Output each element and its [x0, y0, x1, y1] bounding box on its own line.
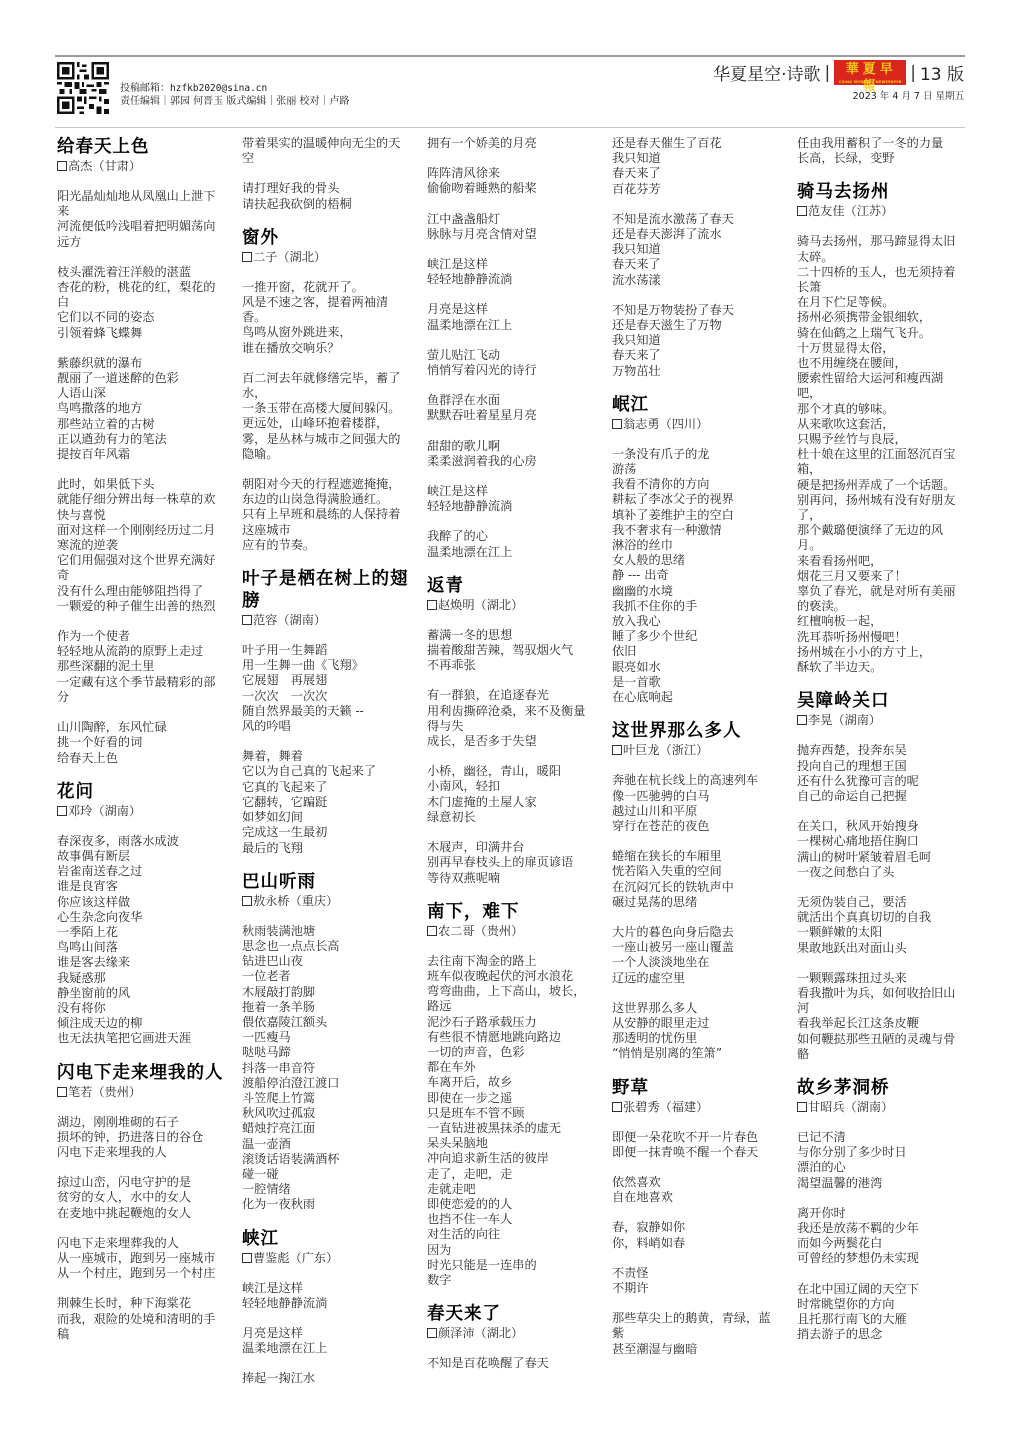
poem-line: 温一壶酒	[242, 1137, 410, 1152]
poem-line: 数字	[427, 1273, 595, 1288]
stanza: 舞着，舞着它以为自己真的飞起来了它真的飞起来了它翻转，它蹁跹如梦如幻间完成这一生…	[242, 749, 410, 855]
poem-line: 依旧	[612, 644, 780, 659]
poem-line: 春，寂静如你	[612, 1220, 780, 1235]
poem-title: 花问	[57, 781, 225, 803]
poem-line: 不知是百花唤醒了春天	[427, 1356, 595, 1371]
poem-line: 是一首歌	[612, 675, 780, 690]
poem-line: 抛弃西楚，投奔东吴	[797, 743, 965, 758]
submission-line: 投稿邮箱：hzfkb2020@sina.cn	[120, 82, 350, 95]
author-box-icon	[242, 1253, 252, 1263]
poem-line: 在心底响起	[612, 690, 780, 705]
poem-title: 叶子是栖在树上的翅膀	[242, 568, 410, 612]
poem-line: 别再早春枝头上的扉页谚语	[427, 855, 595, 870]
poem-line: 骑马去扬州，那马蹄显得太旧太碎。	[797, 234, 965, 264]
poem: 峡江曹鉴彪（广东）峡江是这样轻轻地静静流淌月亮是这样温柔地漂在江上捧起一掬江水	[242, 1228, 410, 1387]
poem-continuation: 还是春天催生了百花我只知道春天来了百花芬芳不知是流水激荡了春天还是春天澎湃了流水…	[612, 136, 780, 379]
poem-line: 辜负了春光，就是对所有美丽的亵渎。	[797, 584, 965, 614]
poem-line: 渴望温馨的港湾	[797, 1176, 965, 1191]
poem-title: 给春天上色	[57, 136, 225, 158]
poem-line: 自在地喜欢	[612, 1190, 780, 1205]
poem-line: 有一群狼，在追逐春光	[427, 688, 595, 703]
poem: 花问邓玲（湖南）春深夜多，雨落水成波故事偶有断层岩雀南送春之过谁是良宵客你应该这…	[57, 781, 225, 1047]
poem-line: 大片的暮色向身后隐去	[612, 925, 780, 940]
poem-line: 眼亮如水	[612, 660, 780, 675]
poem-line: 一季陌上花	[57, 925, 225, 940]
poem-line: 捎去游子的思念	[797, 1327, 965, 1342]
poem-author: 敖永桥（重庆）	[242, 893, 410, 909]
poem-line: 木屐敲打韵脚	[242, 985, 410, 1000]
poem-line: 就活出个真真切切的自我	[797, 910, 965, 925]
author-box-icon	[427, 600, 437, 610]
poem-line: 烟花三月又要来了！	[797, 569, 965, 584]
poem-author: 叶巨龙（浙江）	[612, 742, 780, 758]
poem-author: 笔若（贵州）	[57, 1084, 225, 1100]
poem-line: 阵阵清风徐来	[427, 166, 595, 181]
poem-line: 木屐声，印满井台	[427, 840, 595, 855]
stanza: 抛弃西楚，投奔东吴投向自己的理想王国还有什么犹豫可言的呢自己的命运自己把握	[797, 743, 965, 804]
poem-title: 峡江	[242, 1228, 410, 1250]
poem-line: 有些很不情愿地跳向路边	[427, 1030, 595, 1045]
poem-line: 随自然界最美的天籁 --	[242, 704, 410, 719]
poem-line: 那个才真的够味。	[797, 402, 965, 417]
poem-line: 不知是万物装扮了春天	[612, 303, 780, 318]
header-divider	[55, 127, 965, 128]
author-box-icon	[242, 252, 252, 262]
poem-line: 悄悄写着闪光的诗行	[427, 363, 595, 378]
issue-date: 2023 年 4 月 7 日 星期五	[853, 88, 964, 102]
poem-line: 且托那行南飞的大雁	[797, 1312, 965, 1327]
poem-line: 江中盏盏船灯	[427, 212, 595, 227]
poem-line: 看我撒叶为兵，如何收拾旧山河	[797, 986, 965, 1016]
stanza: 峡江是这样轻轻地静静流淌	[242, 1281, 410, 1311]
poem-author: 甘昭兵（湖南）	[797, 1099, 965, 1115]
poem-line: 滚烫话语装满酒杯	[242, 1152, 410, 1167]
poem-line: 扬州城在小小的方寸上，	[797, 645, 965, 660]
poem-title: 吴障岭关口	[797, 690, 965, 712]
poem-line: 引领着蜂飞蝶舞	[57, 326, 225, 341]
poem-line: 阳光晶灿灿地从凤凰山上泄下来	[57, 189, 225, 219]
poem-line: 我不奢求有一种激情	[612, 523, 780, 538]
poem-line: 也不用缠绕在腰间，	[797, 356, 965, 371]
poem-line: 即便一朵花吹不开一片春色	[612, 1130, 780, 1145]
author-box-icon	[797, 715, 807, 725]
stanza: 甜甜的歌儿啊柔柔滋润着我的心房	[427, 439, 595, 469]
poem-line: 化为一夜秋雨	[242, 1197, 410, 1212]
logo-subtext: CHINA MORNING NEWSPAPER	[836, 80, 904, 84]
poem-line: 幽幽的水境	[612, 584, 780, 599]
poem-line: 从一座城市，跑到另一座城市	[57, 1251, 225, 1266]
poem-line: 投向自己的理想王国	[797, 759, 965, 774]
stanza: 鱼群浮在水面默默吞吐着星星月亮	[427, 393, 595, 423]
poem-line: 扬州必须携带金银细软，	[797, 310, 965, 325]
stanza: 大片的暮色向身后隐去一座山被另一座山覆盖一个人淡淡地坐在辽远的虚空里	[612, 925, 780, 986]
poem-line: 还是春天澎湃了流水	[612, 227, 780, 242]
poem-line: 舞着，舞着	[242, 749, 410, 764]
column-2: 带着果实的温暖伸向无尘的天空请打理好我的骨头请扶起我砍倒的梧桐窗外二子（湖北）一…	[242, 136, 410, 1402]
poem-line: 心生杂念向夜华	[57, 910, 225, 925]
poem-line: 我看不清你的方向	[612, 477, 780, 492]
stanza: 枝头濯洗着汪洋般的湛蓝杏花的粉，桃花的红，梨花的白它们以不同的姿态引领着蜂飞蝶舞	[57, 265, 225, 341]
submission-email[interactable]: hzfkb2020@sina.cn	[170, 83, 267, 94]
poem-continuation: 带着果实的温暖伸向无尘的天空请打理好我的骨头请扶起我砍倒的梧桐	[242, 136, 410, 212]
poem-title: 故乡茅洞桥	[797, 1077, 965, 1099]
poem-line: 此时，如果低下头	[57, 477, 225, 492]
poem-line: 蜷缩在狭长的车厢里	[612, 849, 780, 864]
poem-line: 峡江是这样	[242, 1281, 410, 1296]
poetry-columns: 给春天上色高杰（甘肃）阳光晶灿灿地从凤凰山上泄下来河流便低吟浅唱着把明媚荡向远方…	[57, 136, 967, 1416]
poem-line: 拥有一个娇美的月亮	[427, 136, 595, 151]
editors-line: 责任编辑｜郭园 何晋玉 版式编辑｜张丽 校对｜卢路	[120, 95, 350, 108]
poem-line: 辽远的虚空里	[612, 971, 780, 986]
poem-line: 走了，走吧，走	[427, 1167, 595, 1182]
stanza: 任由我用蓄积了一冬的力量长高，长绿，变野	[797, 136, 965, 166]
poem-line: 别再问，扬州城有没有好朋友了，	[797, 493, 965, 523]
poem-line: 温柔地漂在江上	[427, 318, 595, 333]
poem-line: 班车似夜晚起伏的河水浪花	[427, 969, 595, 984]
stanza: 已记不清与你分别了多少时日漂泊的心渴望温馨的港湾	[797, 1130, 965, 1191]
poem-line: 春天来了	[612, 348, 780, 363]
author-name: 甘昭兵（湖南）	[808, 1100, 893, 1114]
poem-line: 只是班车不管不顾	[427, 1106, 595, 1121]
poem: 这世界那么多人叶巨龙（浙江）奔驰在杭长线上的高速列车像一匹驰骋的白马越过山川和平…	[612, 720, 780, 1061]
poem-line: 闪电下走来埋葬我的人	[57, 1236, 225, 1251]
poem-line: 在沉闷冗长的铁轨声中	[612, 880, 780, 895]
poem-line: 只赐予丝竹与良辰，	[797, 432, 965, 447]
poem-line: 春天来了	[612, 166, 780, 181]
poem-line: 你，料峭如春	[612, 1236, 780, 1251]
poem-line: 自己的命运自己把握	[797, 789, 965, 804]
poem-line: 一条没有爪子的龙	[612, 447, 780, 462]
stanza: 带着果实的温暖伸向无尘的天空	[242, 136, 410, 166]
poem-line: 闪电下走来埋我的人	[57, 1145, 225, 1160]
stanza: 捧起一掬江水	[242, 1371, 410, 1386]
author-name: 高杰（甘肃）	[68, 159, 141, 173]
qr-code-icon[interactable]	[57, 62, 109, 114]
author-name: 翁志勇（四川）	[623, 417, 708, 431]
poem-line: 脉脉与月亮含情对望	[427, 227, 595, 242]
poem: 故乡茅洞桥甘昭兵（湖南）已记不清与你分别了多少时日漂泊的心渴望温馨的港湾离开你时…	[797, 1077, 965, 1342]
poem-line: 挑一个好看的词	[57, 735, 225, 750]
poem-line: 用一生舞一曲《飞翔》	[242, 658, 410, 673]
poem: 南下，难下农二哥（贵州）去往南下淘金的路上班车似夜晚起伏的河水浪花弯弯曲曲，上下…	[427, 901, 595, 1288]
poem-line: 弯弯曲曲，上下高山，坡长，路远	[427, 984, 595, 1014]
stanza: 春，寂静如你你，料峭如春	[612, 1220, 780, 1250]
poem-line: 万物茁壮	[612, 364, 780, 379]
poem-line: 东边的山岗急得满脸通红。	[242, 492, 410, 507]
separator: |	[910, 63, 916, 83]
poem-line: 成长，是否多于失望	[427, 734, 595, 749]
poem-line: 鸟鸣撒落的地方	[57, 401, 225, 416]
poem-author: 赵焕明（湖北）	[427, 597, 595, 613]
poem-line: 哒哒马蹄	[242, 1045, 410, 1060]
poem: 骑马去扬州范友佳（江苏）骑马去扬州，那马蹄显得太旧太碎。二十四桥的玉人，也无须持…	[797, 181, 965, 675]
author-box-icon	[612, 1102, 622, 1112]
stanza: 峡江是这样轻轻地静静流淌	[427, 257, 595, 287]
poem-line: 谁是客去缘来	[57, 955, 225, 970]
stanza: 不责怪不期许	[612, 1266, 780, 1296]
poem-line: 碾过晃荡的思绪	[612, 895, 780, 910]
author-name: 张碧秀（福建）	[623, 1100, 708, 1114]
poem-line: 奔驰在杭长线上的高速列车	[612, 773, 780, 788]
poem-line: 峡江是这样	[427, 484, 595, 499]
poem-title: 窗外	[242, 227, 410, 249]
poem-line: 游荡	[612, 462, 780, 477]
poem-line: 一条玉带在高楼大厦间躲闪。	[242, 401, 410, 416]
poem-line: 请打理好我的骨头	[242, 181, 410, 196]
poem-line: 来看看扬州吧，	[797, 554, 965, 569]
poem-author: 范容（湖南）	[242, 612, 410, 628]
poem-line: 穿行在苍茫的夜色	[612, 819, 780, 834]
poem-line: 而我，艰险的处境和清明的手稿	[57, 1312, 225, 1342]
poem-title: 野草	[612, 1077, 780, 1099]
poem-continuation: 任由我用蓄积了一冬的力量长高，长绿，变野	[797, 136, 965, 166]
poem-line: 河流便低吟浅唱着把明媚荡向远方	[57, 219, 225, 249]
poem-line: 掠过山峦，闪电守护的是	[57, 1175, 225, 1190]
poem-line: 冲向追求新生活的彼岸	[427, 1151, 595, 1166]
poem-line: 它真的飞起来了	[242, 780, 410, 795]
author-box-icon	[427, 926, 437, 936]
poem-line: 没有将你	[57, 1001, 225, 1016]
poem-line: 不知是流水激荡了春天	[612, 212, 780, 227]
poem-line: 在关口，秋风开始搜身	[797, 819, 965, 834]
poem: 叶子是栖在树上的翅膀范容（湖南）叶子用一生舞蹈用一生舞一曲《飞翔》它展翅 再展翅…	[242, 568, 410, 856]
poem-line: 车离开后，故乡	[427, 1075, 595, 1090]
column-5: 任由我用蓄积了一冬的力量长高，长绿，变野骑马去扬州范友佳（江苏）骑马去扬州，那马…	[797, 136, 965, 1357]
poem-line: 春深夜多，雨落水成波	[57, 834, 225, 849]
poem-author: 农二哥（贵州）	[427, 923, 595, 939]
poem-line: 轻轻地从流韵的原野上走过	[57, 644, 225, 659]
poem-line: 碰一碰	[242, 1167, 410, 1182]
header-rule	[55, 55, 965, 57]
author-name: 赵焕明（湖北）	[438, 598, 523, 612]
poem-line: 就能仔细分辨出每一株草的欢快与喜悦	[57, 492, 225, 522]
author-box-icon	[57, 806, 67, 816]
poem-line: 萤儿贴江飞动	[427, 348, 595, 363]
poem-line: 即使在一步之遥	[427, 1091, 595, 1106]
poem-line: 都在车外	[427, 1060, 595, 1075]
poem-line: 离开你时	[797, 1206, 965, 1221]
poem-line: 不再乖张	[427, 658, 595, 673]
poem-line: 在北中国辽阔的天空下	[797, 1282, 965, 1297]
poem-line: 最后的飞翔	[242, 841, 410, 856]
poem-line: 满山的树叶紧皱着眉毛呵	[797, 850, 965, 865]
author-box-icon	[797, 1102, 807, 1112]
poem-line: 紫藤织就的瀑布	[57, 356, 225, 371]
poem-line: 果敢地跃出对面山头	[797, 941, 965, 956]
stanza: 一推开窗，花就开了。风是不速之客，提着两袖清香。鸟鸣从窗外跳进来，谁在播放交响乐…	[242, 280, 410, 356]
poem-line: 十万贯显得太俗，	[797, 341, 965, 356]
stanza: 峡江是这样轻轻地静静流淌	[427, 484, 595, 514]
poem-line: 走就走吧	[427, 1182, 595, 1197]
poem-author: 范友佳（江苏）	[797, 203, 965, 219]
poem-line: 看我举起长江这条皮鞭	[797, 1016, 965, 1031]
author-name: 颜泽沛（湖北）	[438, 1326, 523, 1340]
poem-line: 带着果实的温暖伸向无尘的天空	[242, 136, 410, 166]
poem-line: 那些草尖上的鹅黄，青绿，蓝紫	[612, 1311, 780, 1341]
author-box-icon	[242, 615, 252, 625]
poem-line: 给春天上色	[57, 751, 225, 766]
poem-line: 即使恋爱的的人	[427, 1197, 595, 1212]
poem-line: 洗耳恭听扬州慢吧！	[797, 630, 965, 645]
author-name: 曹鉴彪（广东）	[253, 1251, 338, 1265]
poem-line: 秋雨装满池塘	[242, 924, 410, 939]
poem-line: 一腔情绪	[242, 1182, 410, 1197]
author-box-icon	[612, 419, 622, 429]
poem-line: 蜡烛拧亮江面	[242, 1121, 410, 1136]
poem-line: 耕耘了李冰父子的视界	[612, 492, 780, 507]
poem-line: 默默吞吐着星星月亮	[427, 408, 595, 423]
author-name: 二子（湖北）	[253, 250, 326, 264]
stanza: 请打理好我的骨头请扶起我砍倒的梧桐	[242, 181, 410, 211]
poem-line: 揣着酸甜苦辣，驾驭烟火气	[427, 643, 595, 658]
poem-line: 我醉了的心	[427, 529, 595, 544]
poem-line: 那些深翻的泥土里	[57, 659, 225, 674]
stanza: 去往南下淘金的路上班车似夜晚起伏的河水浪花弯弯曲曲，上下高山，坡长，路远泥沙石子…	[427, 954, 595, 1288]
poem-line: 叶子用一生舞蹈	[242, 643, 410, 658]
poem-line: 靓丽了一道迷醉的色彩	[57, 371, 225, 386]
poem-line: 长高，长绿，变野	[797, 151, 965, 166]
stanza: 百二河去年就修缮完毕，蓄了水，一条玉带在高楼大厦间躲闪。更远处，山峰环抱着楼群，…	[242, 371, 410, 462]
poem-line: 那透明的忧伤里	[612, 1031, 780, 1046]
poem-line: 不期许	[612, 1281, 780, 1296]
poem-line: 温柔地漂在江上	[427, 545, 595, 560]
poem-line: 轻轻地静静流淌	[427, 499, 595, 514]
stanza: 叶子用一生舞蹈用一生舞一曲《飞翔》它展翅 再展翅一次次 一次次随自然界最美的天籁…	[242, 643, 410, 734]
stanza: 小桥，幽径，青山，暖阳小南风，轻扣木门虚掩的土屋人家绿意初长	[427, 764, 595, 825]
stanza: 闪电下走来埋葬我的人从一座城市，跑到另一座城市从一个村庄，跑到另一个村庄	[57, 1236, 225, 1282]
poem-line: 渡船停泊澄江渡口	[242, 1076, 410, 1091]
masthead: 华夏星空·诗歌 | 華夏早報 CHINA MORNING NEWSPAPER |…	[713, 60, 964, 85]
poem-line: 腰索性留给大运河和瘦西湖吧，	[797, 371, 965, 401]
poem-line: 像一匹驰骋的白马	[612, 789, 780, 804]
poem-line: 它们用倔强对这个世界充满好奇	[57, 553, 225, 583]
author-box-icon	[797, 206, 807, 216]
stanza: 骑马去扬州，那马蹄显得太旧太碎。二十四桥的玉人，也无须持着长箫在月下伫足等候。扬…	[797, 234, 965, 675]
stanza: 不知是百花唤醒了春天	[427, 1356, 595, 1371]
poem-line: 正以遒劲有力的笔法	[57, 432, 225, 447]
poem-line: 春天来了	[612, 257, 780, 272]
poem-line: 任由我用蓄积了一冬的力量	[797, 136, 965, 151]
submission-label: 投稿邮箱：	[120, 83, 170, 94]
poem: 野草张碧秀（福建）即便一朵花吹不开一片春色即便一抹青唤不醒一个春天依然喜欢自在地…	[612, 1077, 780, 1357]
poem-line: 一直钻进被黑抹杀的虚无	[427, 1121, 595, 1136]
poem-author: 张碧秀（福建）	[612, 1099, 780, 1115]
poem-line: 荆棘生长时，种下海棠花	[57, 1296, 225, 1311]
poem-title: 春天来了	[427, 1303, 595, 1325]
poem-line: 百二河去年就修缮完毕，蓄了水，	[242, 371, 410, 401]
author-name: 范容（湖南）	[253, 613, 326, 627]
poem-line: 时常眺望你的方向	[797, 1297, 965, 1312]
stanza: 那些草尖上的鹅黄，青绿，蓝紫甚至潮湿与幽暗	[612, 1311, 780, 1357]
poem-line: 抖落一串音符	[242, 1061, 410, 1076]
poem-line: 思念也一点点长高	[242, 939, 410, 954]
stanza: 一颗颗露珠扭过头来看我撒叶为兵，如何收拾旧山河看我举起长江这条皮鞭如何鞭挞那些丑…	[797, 971, 965, 1062]
author-name: 邓玲（湖南）	[68, 804, 141, 818]
poem-line: 它翻转，它蹁跹	[242, 795, 410, 810]
stanza: 月亮是这样温柔地漂在江上	[242, 1326, 410, 1356]
stanza: 即便一朵花吹不开一片春色即便一抹青唤不醒一个春天	[612, 1130, 780, 1160]
poem-line: 骑在仙鹤之上瑞气飞升。	[797, 326, 965, 341]
poem-title: 南下，难下	[427, 901, 595, 923]
poem-line: 捧起一掬江水	[242, 1371, 410, 1386]
author-box-icon	[612, 745, 622, 755]
poem-line: 损坏的钟，扔进落日的谷仓	[57, 1130, 225, 1145]
poem-line: 无须伪装自己，要活	[797, 895, 965, 910]
poem-line: 已记不清	[797, 1130, 965, 1145]
stanza: 紫藤织就的瀑布靓丽了一道迷醉的色彩人语山深鸟鸣撒落的地方那些站立着的古树正以遒劲…	[57, 356, 225, 462]
poem-line: 一颗鲜嫩的太阳	[797, 925, 965, 940]
editorial-info: 投稿邮箱：hzfkb2020@sina.cn 责任编辑｜郭园 何晋玉 版式编辑｜…	[120, 82, 350, 108]
poem-line: 人语山深	[57, 386, 225, 401]
poem-line: 还有什么犹豫可言的呢	[797, 774, 965, 789]
poem-line: 我还是放荡不羁的少年	[797, 1221, 965, 1236]
poem-line: 我只知道	[612, 151, 780, 166]
separator: |	[824, 63, 830, 83]
poem: 闪电下走来埋我的人笔若（贵州）湖边，刚刚堆砌的石子损坏的钟，扔进落日的谷仓闪电下…	[57, 1062, 225, 1342]
poem-line: 呆头呆脑地	[427, 1136, 595, 1151]
stanza: 荆棘生长时，种下海棠花而我，艰险的处境和清明的手稿	[57, 1296, 225, 1342]
poem-line: 静坐窗前的风	[57, 986, 225, 1001]
author-name: 叶巨龙（浙江）	[623, 743, 708, 757]
poem-author: 翁志勇（四川）	[612, 416, 780, 432]
poem-line: 百花芬芳	[612, 182, 780, 197]
poem-line: 没有什么理由能够阻挡得了	[57, 584, 225, 599]
poem-line: 也挡不住一车人	[427, 1212, 595, 1227]
poem-line: 小南风，轻扣	[427, 779, 595, 794]
author-name: 敖永桥（重庆）	[253, 894, 338, 908]
poem-line: 我只知道	[612, 333, 780, 348]
poem-line: 温柔地漂在江上	[242, 1341, 410, 1356]
author-box-icon	[57, 1087, 67, 1097]
poem-line: 时光只能是一连串的	[427, 1258, 595, 1273]
poem-line: 它展翅 再展翅	[242, 673, 410, 688]
stanza: 山川陶醉，东风忙碌挑一个好看的词给春天上色	[57, 720, 225, 766]
poem-line: 在月下伫足等候。	[797, 295, 965, 310]
author-box-icon	[242, 896, 252, 906]
poem: 返青赵焕明（湖北）蓄满一冬的思想揣着酸甜苦辣，驾驭烟火气不再乖张有一群狼，在追逐…	[427, 575, 595, 886]
stanza: 离开你时我还是放荡不羁的少年而如今两鬓花白可曾经的梦想仍未实现	[797, 1206, 965, 1267]
poem-line: 谁是良宵客	[57, 879, 225, 894]
poem-line: 静 --- 出奇	[612, 568, 780, 583]
stanza: 江中盏盏船灯脉脉与月亮含情对望	[427, 212, 595, 242]
poem-line: 我疑惑那	[57, 971, 225, 986]
poem: 春天来了颜泽沛（湖北）不知是百花唤醒了春天	[427, 1303, 595, 1371]
poem: 吴障岭关口李晃（湖南）抛弃西楚，投奔东吴投向自己的理想王国还有什么犹豫可言的呢自…	[797, 690, 965, 1062]
poem-line: 那些站立着的古树	[57, 417, 225, 432]
poem-line: 朝阳对今天的行程遮遮掩掩，	[242, 477, 410, 492]
column-4: 还是春天催生了百花我只知道春天来了百花芬芳不知是流水激荡了春天还是春天澎湃了流水…	[612, 136, 780, 1372]
poem-line: 风的吟唱	[242, 719, 410, 734]
poem-line: 那个戴璐便演绎了无边的风月。	[797, 523, 965, 553]
poem-line: 等待双燕呢喃	[427, 871, 595, 886]
poem-line: 木门虚掩的土屋人家	[427, 795, 595, 810]
poem-line: 也无法执笔把它画进天涯	[57, 1031, 225, 1046]
stanza: 无须伪装自己，要活就活出个真真切切的自我一颗鲜嫩的太阳果敢地跃出对面山头	[797, 895, 965, 956]
stanza: 依然喜欢自在地喜欢	[612, 1175, 780, 1205]
poem-line: 不责怪	[612, 1266, 780, 1281]
stanza: 不知是万物装扮了春天还是春天滋生了万物我只知道春天来了万物茁壮	[612, 303, 780, 379]
poem-author: 高杰（甘肃）	[57, 158, 225, 174]
stanza: 秋雨装满池塘思念也一点点长高钻进巴山夜一位老者木屐敲打韵脚拖着一条羊肠偎依嘉陵江…	[242, 924, 410, 1213]
section-title: 华夏星空·诗歌	[713, 60, 820, 85]
poem-line: 可曾经的梦想仍未实现	[797, 1251, 965, 1266]
poem-line: 一匹瘦马	[242, 1030, 410, 1045]
poem-line: 我只知道	[612, 242, 780, 257]
poem-line: 从一个村庄，跑到另一个村庄	[57, 1266, 225, 1281]
poem-line: 小桥，幽径，青山，暖阳	[427, 764, 595, 779]
stanza: 我醉了的心温柔地漂在江上	[427, 529, 595, 559]
author-name: 农二哥（贵州）	[438, 924, 523, 938]
